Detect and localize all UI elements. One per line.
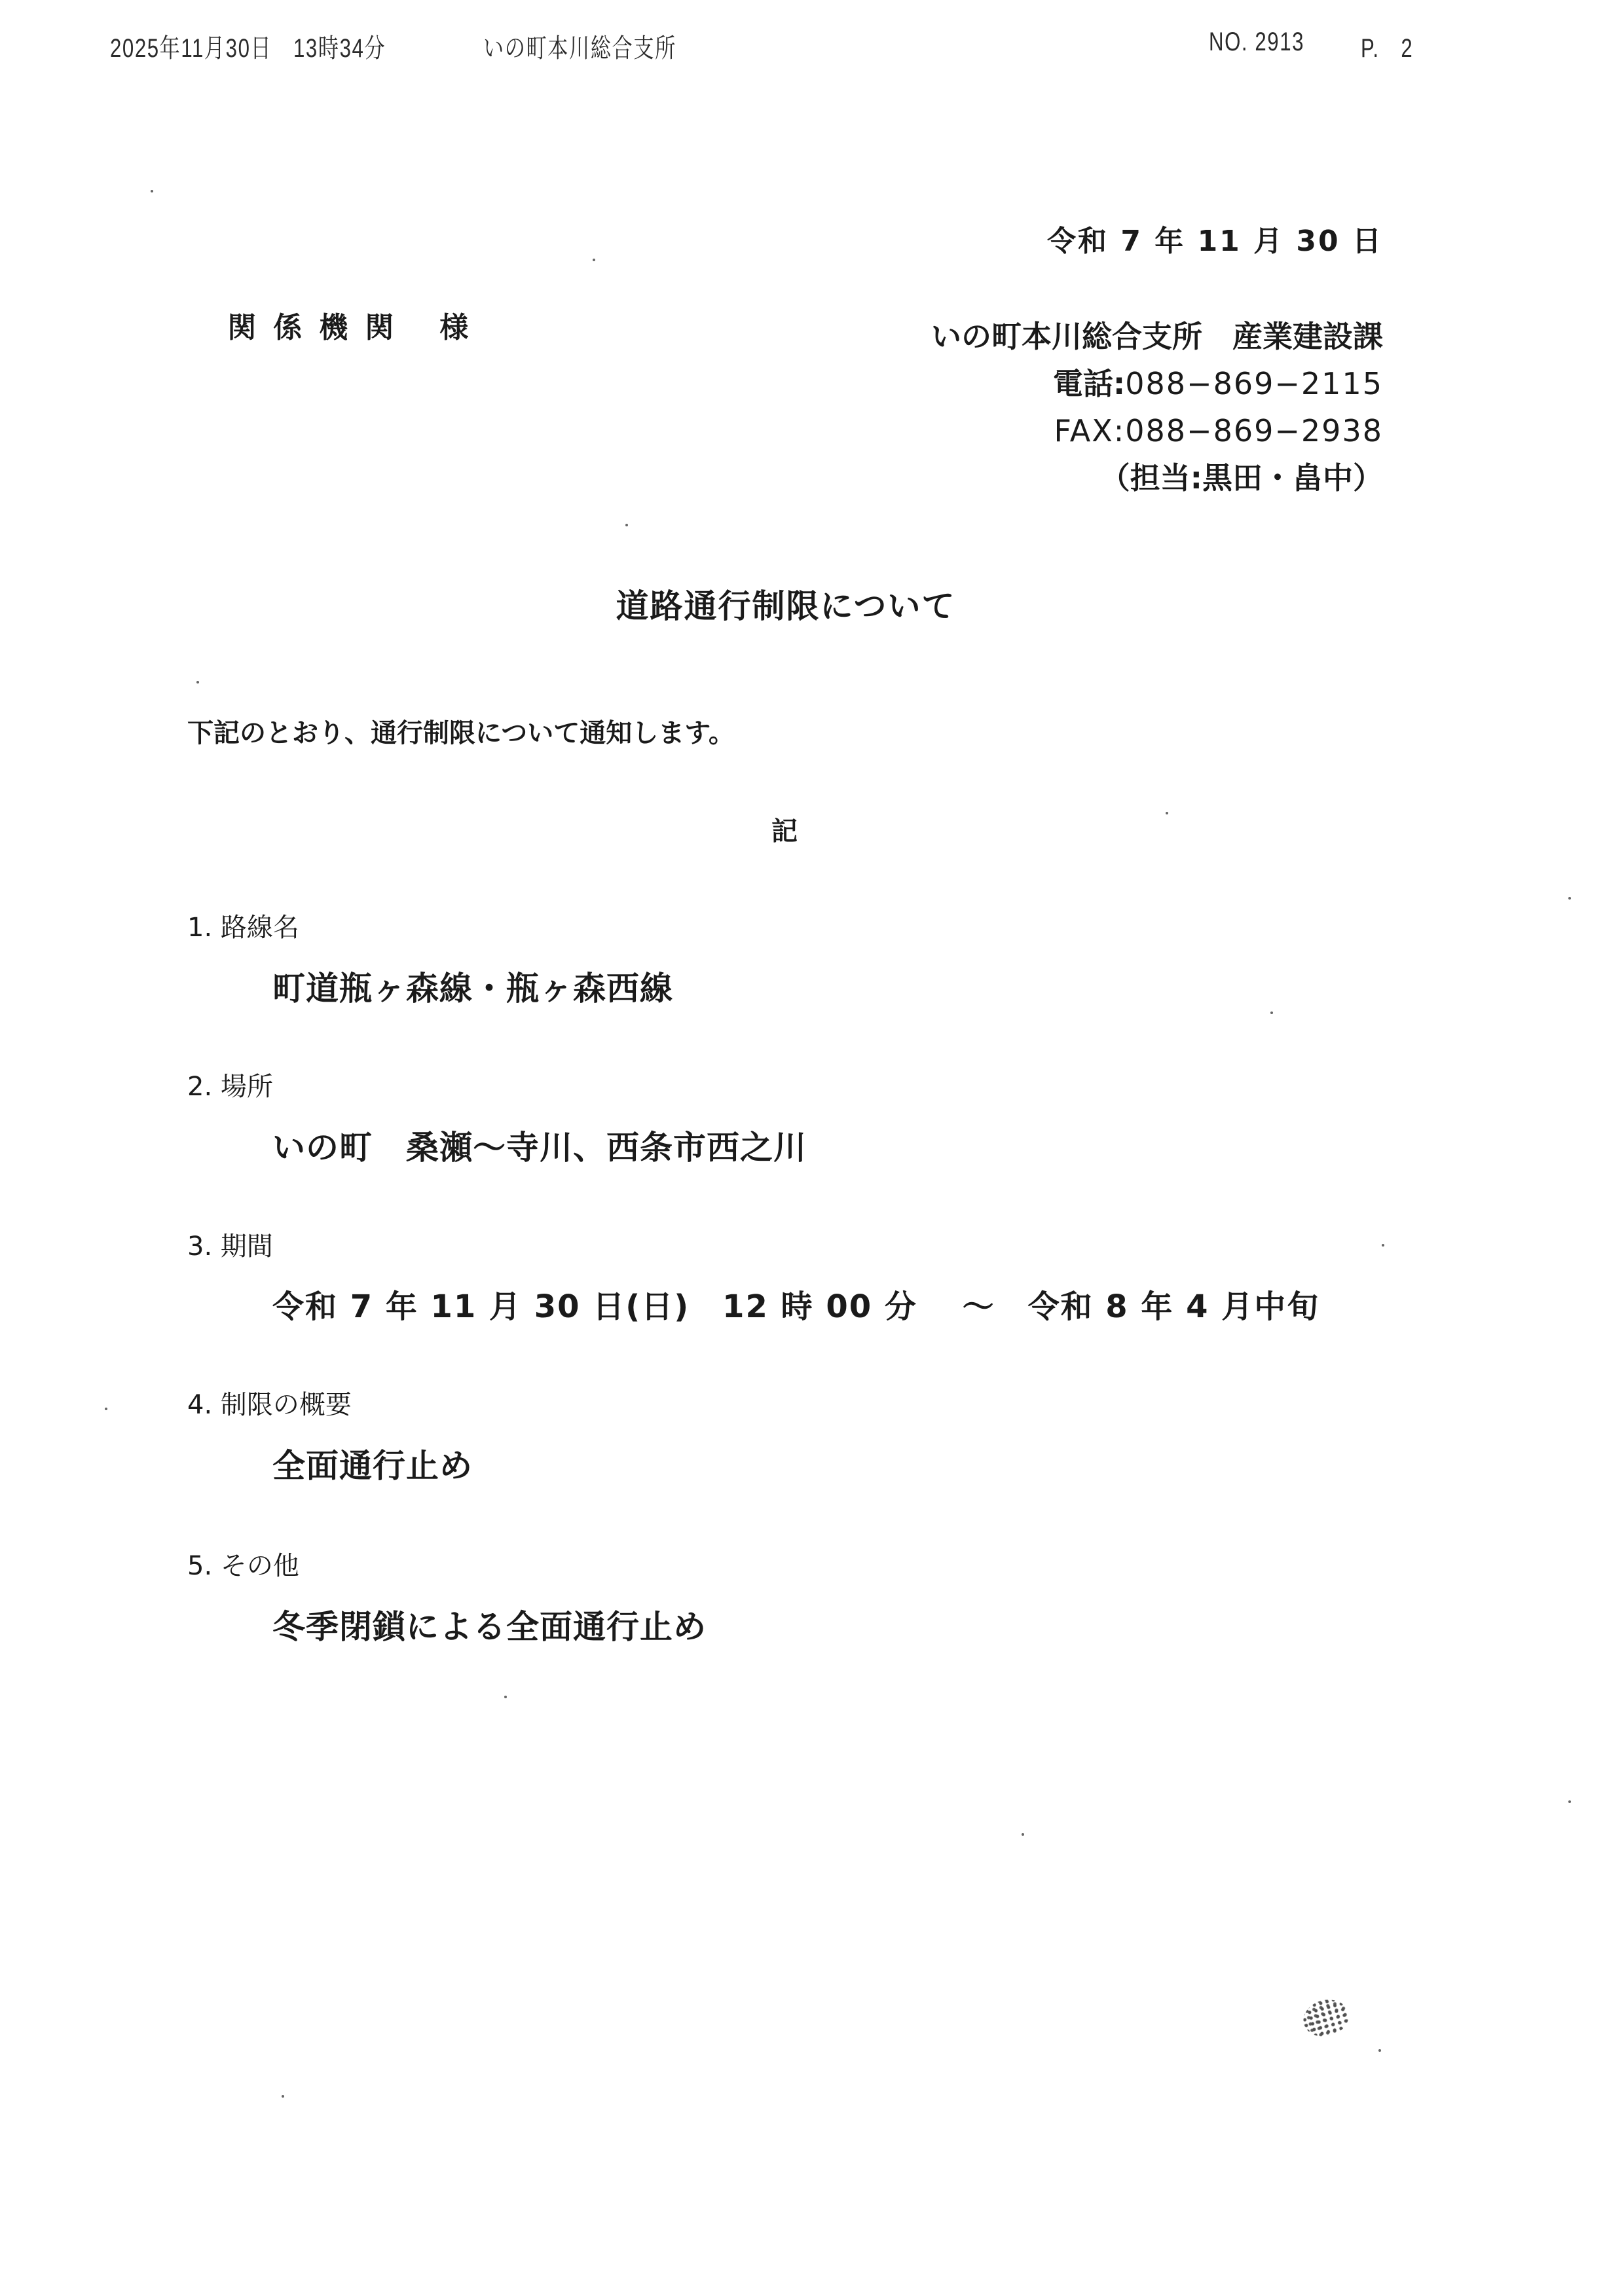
scan-speck [625, 524, 628, 526]
scan-speck [1270, 1011, 1273, 1014]
phone-number: 088−869−2115 [1125, 366, 1383, 401]
sender-phone-line: 電話:088−869−2115 [931, 360, 1383, 407]
scan-speck [1022, 1833, 1024, 1836]
item-value: いの町 桑瀬～寺川、西条市西之川 [272, 1121, 807, 1169]
item-value: 町道瓶ヶ森線・瓶ヶ森西線 [272, 962, 673, 1010]
notation-ki: 記 [771, 811, 798, 848]
fax-number: NO. 2913 [1209, 27, 1304, 57]
item-location: 2. 場所 いの町 桑瀬～寺川、西条市西之川 [187, 1066, 807, 1169]
scan-speck [282, 2095, 284, 2098]
addressee-honorific: 様 [439, 311, 468, 344]
scan-speck [151, 190, 153, 192]
item-label: 4. 制限の概要 [187, 1384, 473, 1421]
sender-fax-line: FAX:088−869−2938 [931, 407, 1383, 454]
item-restriction-summary: 4. 制限の概要 全面通行止め [187, 1384, 473, 1487]
addressee-name: 関係機関 [227, 311, 411, 344]
scan-speck [196, 681, 199, 683]
phone-label: 電話: [1053, 366, 1125, 401]
item-label: 1. 路線名 [187, 907, 673, 944]
scan-speck [105, 1408, 107, 1410]
sender-office: いの町本川総合支所 産業建設課 [931, 313, 1383, 360]
item-other: 5. その他 冬季閉鎖による全面通行止め [187, 1545, 707, 1648]
sender-contact: （担当:黒田・畠中） [931, 454, 1383, 501]
sender-block: いの町本川総合支所 産業建設課 電話:088−869−2115 FAX:088−… [931, 313, 1383, 501]
scan-speck [1568, 897, 1571, 900]
item-label: 5. その他 [187, 1545, 707, 1582]
fax-page-number: P. 2 [1361, 27, 1413, 65]
fax-label: FAX: [1054, 413, 1126, 448]
addressee: 関係機関様 [187, 270, 468, 379]
item-value: 全面通行止め [272, 1440, 473, 1487]
scan-speck [504, 1696, 507, 1698]
fax-document-page: 2025年11月30日 13時34分 いの町本川総合支所 NO. 2913 P.… [0, 0, 1624, 2296]
scan-speck [1382, 1244, 1384, 1247]
intro-text: 下記のとおり、通行制限について通知します。 [187, 712, 735, 750]
scan-speck [1378, 2049, 1381, 2052]
document-title: 道路通行制限について [0, 580, 1572, 627]
fax-header: 2025年11月30日 13時34分 いの町本川総合支所 NO. 2913 P.… [110, 27, 1624, 67]
item-label: 2. 場所 [187, 1066, 807, 1103]
item-value: 令和 7 年 11 月 30 日(日) 12 時 00 分 ～ 令和 8 年 4… [272, 1281, 1319, 1326]
item-label: 3. 期間 [187, 1226, 1319, 1263]
fax-datetime: 2025年11月30日 13時34分 [110, 27, 386, 65]
scan-speck [593, 259, 595, 261]
fax-number-value: 088−869−2938 [1125, 413, 1383, 448]
item-value: 冬季閉鎖による全面通行止め [272, 1601, 707, 1648]
issue-date: 令和 7 年 11 月 30 日 [1047, 217, 1383, 259]
scan-speck [1166, 812, 1168, 814]
item-route-name: 1. 路線名 町道瓶ヶ森線・瓶ヶ森西線 [187, 907, 673, 1010]
item-period: 3. 期間 令和 7 年 11 月 30 日(日) 12 時 00 分 ～ 令和… [187, 1226, 1319, 1326]
scan-speck [1568, 1800, 1571, 1803]
scan-blot [1299, 1995, 1353, 2041]
fax-sender: いの町本川総合支所 [483, 27, 676, 65]
